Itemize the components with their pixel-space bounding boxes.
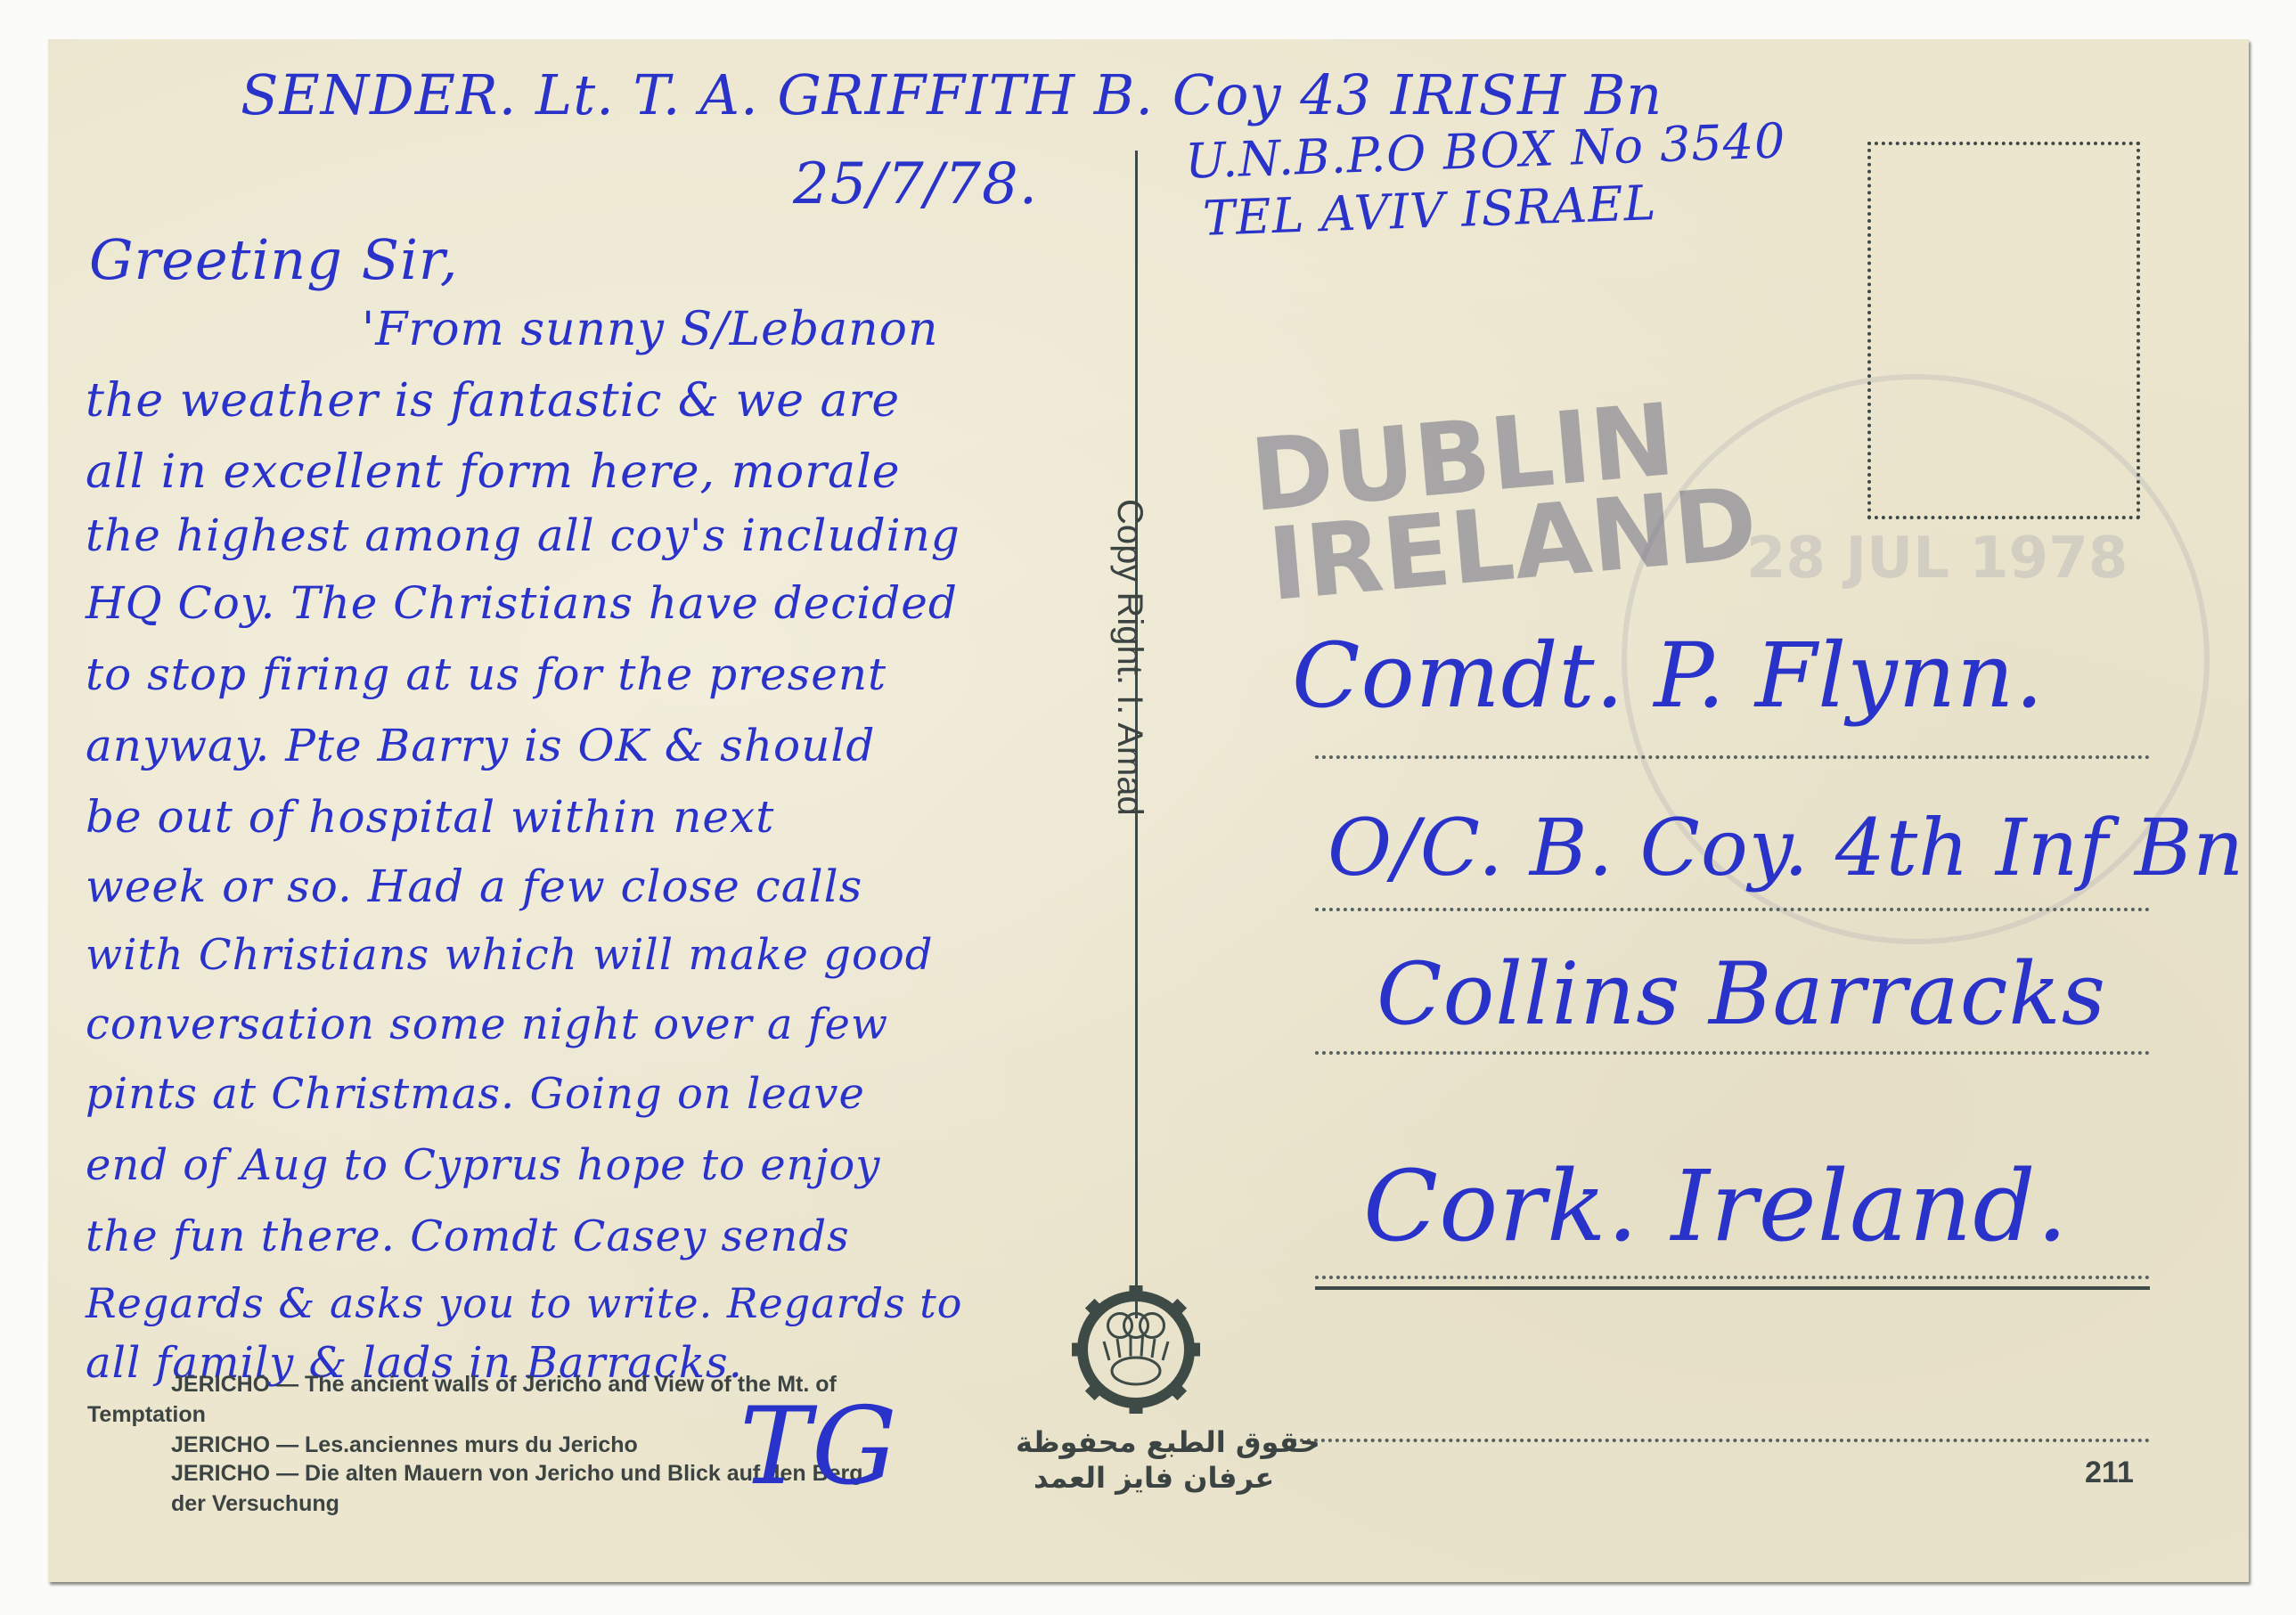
address-line-2 [1315, 908, 2150, 911]
caption-german-2: der Versuchung [171, 1491, 339, 1517]
card-number: 211 [2085, 1456, 2134, 1490]
recipient-line-1: Comdt. P. Flynn. [1292, 624, 2044, 728]
signature: TG [739, 1385, 898, 1509]
message-line: conversation some night over a few [86, 999, 888, 1049]
caption-english-1: JERICHO — The ancient walls of Jericho a… [171, 1372, 837, 1398]
caption-french: JERICHO — Les.anciennes murs du Jericho [171, 1432, 638, 1458]
letter-date: 25/7/78. [793, 151, 1038, 217]
address-line-4 [1315, 1276, 2150, 1279]
message-line: all in excellent form here, morale [86, 445, 900, 499]
recipient-line-3: Collins Barracks [1377, 944, 2106, 1044]
message-line: with Christians which will make good [86, 930, 933, 980]
recipient-line-4: Cork. Ireland. [1363, 1149, 2069, 1263]
message-line: week or so. Had a few close calls [86, 861, 862, 912]
message-line: the weather is fantastic & we are [86, 374, 900, 428]
arabic-copyright-2: عرفان فايز العمد [1034, 1461, 1274, 1495]
message-line: HQ Coy. The Christians have decided [86, 577, 958, 629]
recipient-line-2: O/C. B. Coy. 4th Inf Bn [1328, 802, 2244, 893]
caption-english-2: Temptation [87, 1402, 206, 1428]
bottom-dotted-rule [1286, 1439, 2150, 1442]
message-line: the fun there. Comdt Casey sends [86, 1211, 850, 1261]
message-line: Regards & asks you to write. Regards to [86, 1279, 962, 1327]
address-line-1 [1315, 755, 2150, 759]
message-line: end of Aug to Cyprus hope to enjoy [86, 1140, 880, 1190]
message-line: anyway. Pte Barry is OK & should [86, 720, 875, 771]
message-line: to stop firing at us for the present [86, 648, 887, 700]
message-line: the highest among all coy's including [86, 510, 960, 561]
postmark-date: 28 JUL 1978 [1746, 526, 2128, 591]
message-line: be out of hospital within next [86, 791, 774, 843]
message-greeting: Greeting Sir, [89, 227, 458, 292]
arabic-copyright-1: حقوق الطبع محفوظة [1016, 1425, 1320, 1459]
message-line: 'From sunny S/Lebanon [362, 303, 938, 356]
copyright-credit-vertical: Copy Right. I. Amad [1109, 499, 1149, 816]
address-line-3 [1315, 1051, 2150, 1055]
message-line: pints at Christmas. Going on leave [86, 1069, 865, 1119]
sender-line-1: SENDER. Lt. T. A. GRIFFITH B. Coy 43 IRI… [241, 62, 1663, 127]
address-underline [1315, 1286, 2150, 1290]
publisher-logo-icon [1069, 1283, 1203, 1416]
